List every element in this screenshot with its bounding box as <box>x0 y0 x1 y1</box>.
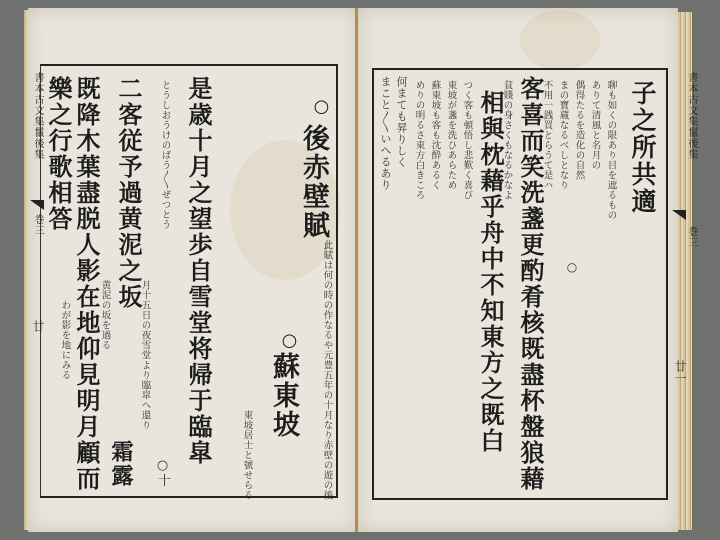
section-marker: ○ <box>566 260 578 275</box>
right-folio-number: 廿一 <box>672 360 689 384</box>
book-gutter <box>355 8 358 532</box>
annotation: 何まても昇りしく <box>396 76 407 168</box>
gloss-column: 蘇東坡も客も沈酔あるく <box>430 80 440 190</box>
gloss-column: 月十五日の夜雪堂より臨皐へ還り <box>140 280 150 430</box>
right-volume-label: 巻三 <box>684 226 699 248</box>
annotation: まこと〳〵いへるあり <box>380 76 391 191</box>
gloss-column: 不用一銭買とらうて是ハ <box>542 80 552 190</box>
heading-title: 後赤壁賦 <box>300 124 327 240</box>
right-spine-title: 書本古文集鬣後集 <box>684 72 699 160</box>
gloss-column: 聊も如くの限あり目を遮るもの <box>606 80 616 220</box>
author-name: 蘇東坡 <box>270 352 297 439</box>
annotation: 此賦は何の時の作なるや元豊五年の十月なり赤壁の遊の後 <box>322 240 332 500</box>
gloss-column: つく客も頓悟し悲歎く喜び <box>462 80 472 200</box>
gloss-column: わが影を地にみる <box>60 300 70 380</box>
gloss-column: 偶得たるを造化の自然 <box>574 80 584 180</box>
gloss-column: 黄泥の坂を過る <box>100 280 110 350</box>
left-folio-number: 廿 <box>30 320 47 332</box>
gloss-column: 貧賤の身さくもなるかなよ <box>502 80 512 200</box>
text-column: 二客従予過黄泥之坂 <box>116 76 140 310</box>
text-column: 既降木葉盡脱人影在地仰見明月顧而 <box>74 76 98 492</box>
annotation: 東坡居士と號せらる <box>242 410 252 500</box>
gloss-column: とうしおうけのばう〳〵ぜつとう <box>160 80 170 230</box>
text-column: 子之所共適 <box>630 80 655 215</box>
left-spine-title: 書本古文集鬣後集 <box>30 72 45 160</box>
annotation: ○十 <box>156 458 169 487</box>
heading-marker: ○ <box>312 96 330 117</box>
paper-stain <box>520 10 600 70</box>
text-column: 客喜而笑洗盞更酌肴核既盡杯盤狼藉 <box>518 76 542 492</box>
gloss-column: ありて清風と名月の <box>590 80 600 170</box>
gloss-column: めりの明るさ東方白きころ <box>414 80 424 200</box>
heading-marker: ○ <box>280 330 298 351</box>
text-column: 是歳十月之望歩自雪堂将帰于臨皐 <box>186 76 210 466</box>
gloss-column: 東坡が盞を洗ひあらため <box>446 80 456 190</box>
gloss-column: まの寶蔵なるべしとなり <box>558 80 568 190</box>
text-column: 樂之行歌相答 <box>46 76 70 232</box>
text-column: 霜露 <box>110 440 132 488</box>
open-book: 書本古文集鬣後集 巻三 廿 ○ 後赤壁賦 此賦は何の時の作なるや元豊五年の十月な… <box>0 0 720 540</box>
text-column: 相與枕藉乎舟中不知東方之既白 <box>478 90 502 454</box>
left-volume-label: 巻三 <box>30 214 45 236</box>
